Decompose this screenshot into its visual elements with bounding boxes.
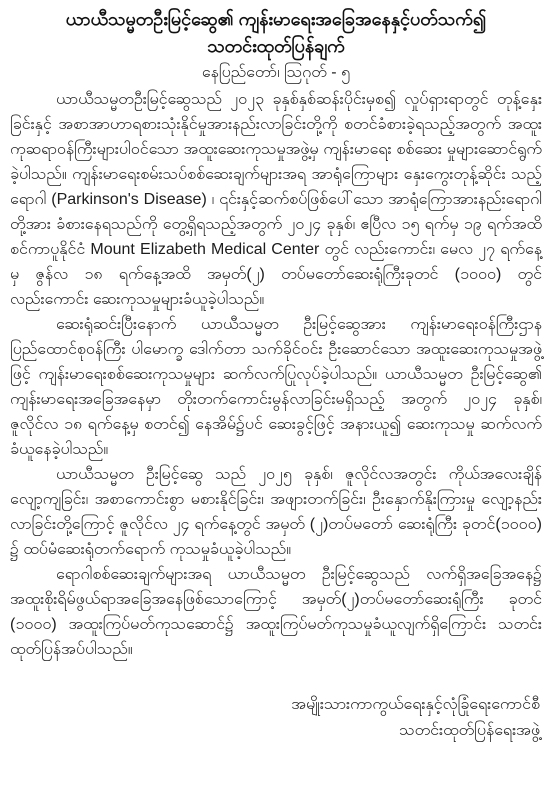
- title-line-2: သတင်းထုတ်ပြန်ချက်: [10, 33, 542, 60]
- signature-organization: အမျိုးသားကာကွယ်ရေးနှင့်လုံခြုံရေးကောင်စီ: [10, 692, 540, 718]
- signature-block: အမျိုးသားကာကွယ်ရေးနှင့်လုံခြုံရေးကောင်စီ…: [10, 692, 542, 744]
- page-title: ယာယီသမ္မတဦးမြင့်ဆွေ၏ ကျန်းမာရေးအခြေအနေနှ…: [10, 6, 542, 60]
- paragraph-1: ယာယီသမ္မတဦးမြင့်ဆွေသည် ၂၀၂၃ ခုနှစ်နှစ်ဆန…: [10, 87, 542, 312]
- paragraph-3: ယာယီသမ္မတ ဦးမြင့်ဆွေ သည် ၂၀၂၅ ခုနှစ်၊ ဇူ…: [10, 462, 542, 562]
- dateline: နေပြည်တော်၊ သြဂုတ် - ၅: [10, 60, 542, 85]
- document-body: ယာယီသမ္မတဦးမြင့်ဆွေသည် ၂၀၂၃ ခုနှစ်နှစ်ဆန…: [10, 87, 542, 662]
- signature-team: သတင်းထုတ်ပြန်ရေးအဖွဲ့: [10, 718, 540, 744]
- title-line-1: ယာယီသမ္မတဦးမြင့်ဆွေ၏ ကျန်းမာရေးအခြေအနေနှ…: [10, 6, 542, 33]
- paragraph-4: ရောဂါစစ်ဆေးချက်များအရ ယာယီသမ္မတ ဦးမြင့်ဆ…: [10, 562, 542, 662]
- press-release-page: ယာယီသမ္မတဦးမြင့်ဆွေ၏ ကျန်းမာရေးအခြေအနေနှ…: [0, 0, 552, 795]
- paragraph-2: ဆေးရုံဆင်းပြီးနောက် ယာယီသမ္မတ ဦးမြင့်ဆွေ…: [10, 312, 542, 462]
